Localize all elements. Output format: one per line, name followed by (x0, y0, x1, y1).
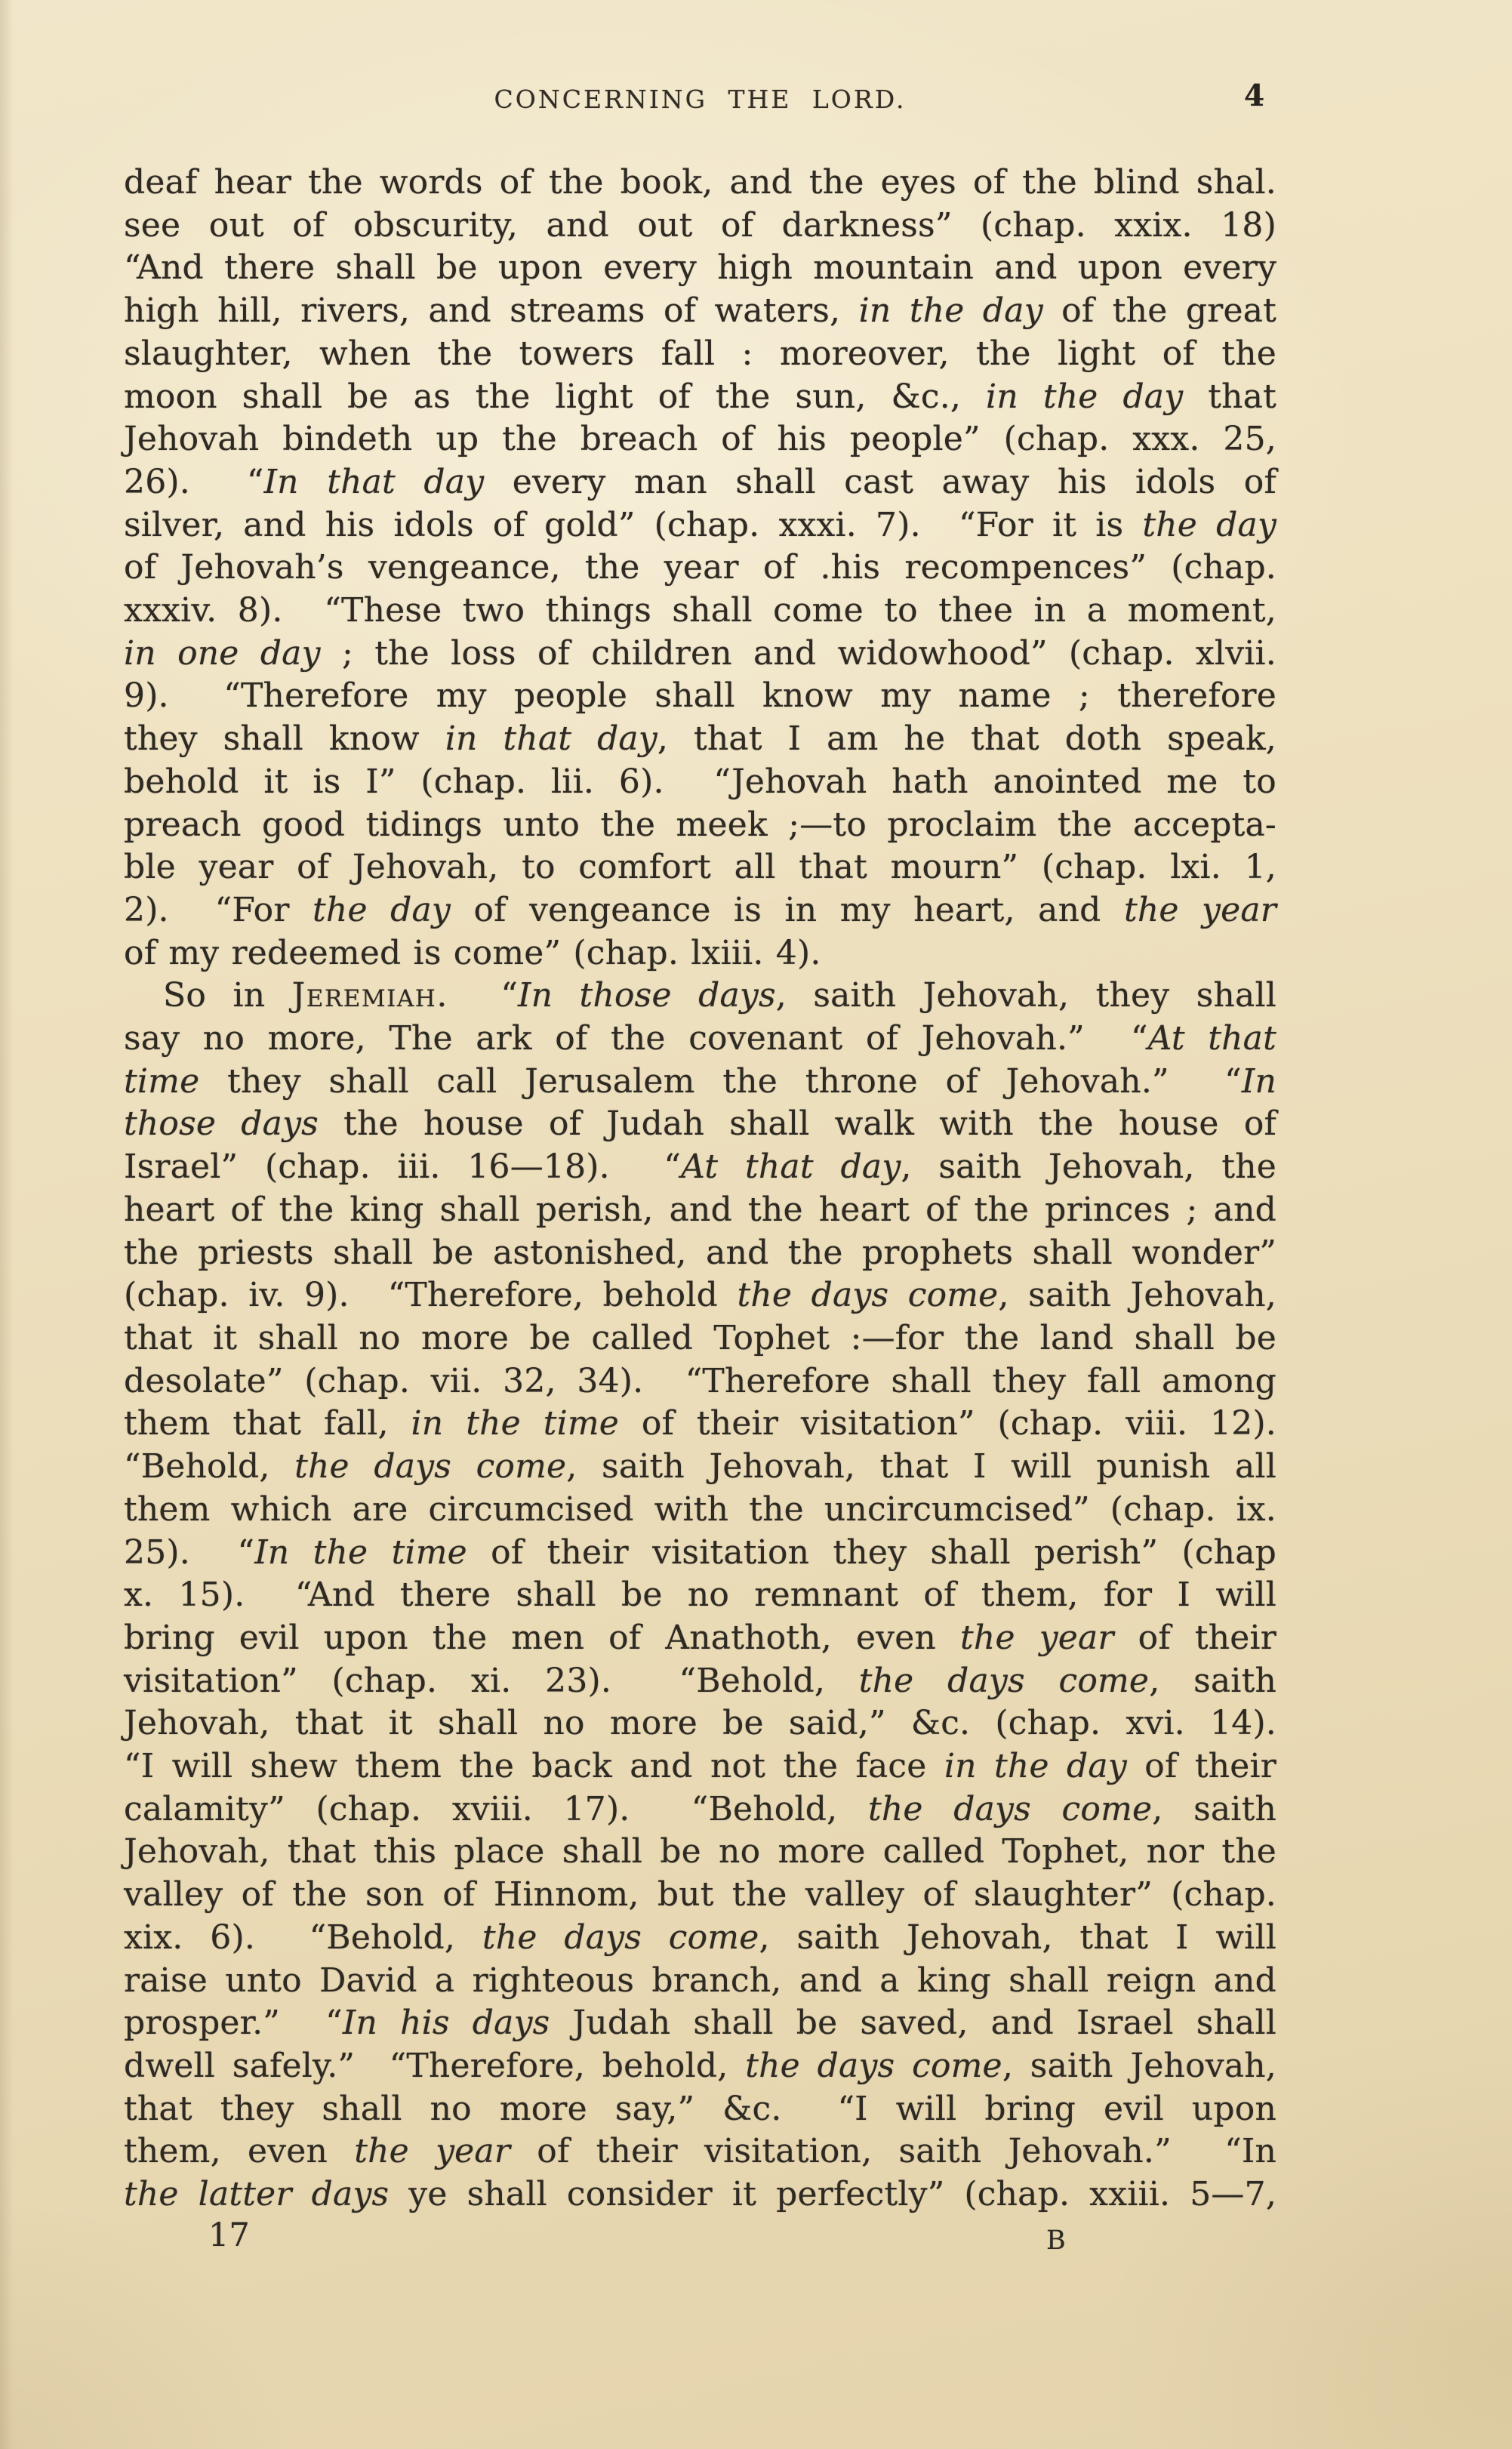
text-segment: they shall call Jerusalem the throne of … (199, 1062, 1242, 1101)
text-segment: moon shall be as the light of the sun, &… (124, 377, 986, 416)
text-segment: calamity” (chap. xviii. 17). “Behold, (124, 1790, 868, 1828)
scanned-book-page: CONCERNING THE LORD. 4 deaf hear the wor… (0, 0, 1512, 2449)
small-caps-name: Jeremiah (292, 976, 437, 1015)
text-segment: of Jehovah’s vengeance, the year of .his… (124, 548, 1276, 587)
text-line: ble year of Jehovah, to comfort all that… (124, 846, 1276, 889)
text-segment: Jehovah bindeth up the breach of his peo… (124, 420, 1276, 458)
text-line: silver, and his idols of gold” (chap. xx… (124, 504, 1276, 547)
text-segment: x. 15). “And there shall be no remnant o… (124, 1576, 1276, 1614)
text-line: Jehovah bindeth up the breach of his peo… (124, 418, 1276, 461)
italic-phrase: in the day (944, 1747, 1127, 1785)
text-segment: , that I am he that doth speak, (657, 719, 1276, 758)
text-segment: raise unto David a righteous branch, and… (124, 1961, 1276, 2000)
italic-phrase: At that (1148, 1019, 1276, 1058)
text-segment: Israel” (chap. iii. 16—18). “ (124, 1147, 681, 1186)
text-line: (chap. iv. 9). “Therefore, behold the da… (124, 1274, 1276, 1317)
text-segment: deaf hear the words of the book, and the… (124, 163, 1276, 202)
text-line: dwell safely.” “Therefore, behold, the d… (124, 2045, 1276, 2088)
italic-phrase: the days come (868, 1790, 1152, 1828)
italic-phrase: those days (124, 1104, 319, 1143)
text-segment: that (1183, 377, 1276, 416)
italic-phrase: the day (1142, 506, 1276, 544)
italic-phrase: the days come (294, 1447, 566, 1486)
text-line: 25). “In the time of their visitation th… (124, 1532, 1276, 1575)
text-segment: bring evil upon the men of Anathoth, eve… (124, 1619, 960, 1657)
italic-phrase: In those days (518, 976, 776, 1015)
text-line: those days the house of Judah shall walk… (124, 1103, 1276, 1146)
text-segment: preach good tidings unto the meek ;—to p… (124, 806, 1276, 844)
text-segment: “Behold, (124, 1447, 294, 1486)
text-segment: of their visitation” (chap. viii. 12). (619, 1404, 1276, 1443)
text-line: the priests shall be astonished, and the… (124, 1232, 1276, 1275)
text-segment: of their (1127, 1747, 1276, 1785)
text-line: the latter days ye shall consider it per… (124, 2173, 1276, 2216)
text-segment: of their visitation they shall perish” (… (467, 1533, 1276, 1572)
text-line: say no more, The ark of the covenant of … (124, 1018, 1276, 1061)
text-segment: visitation” (chap. xi. 23). “Behold, (124, 1662, 859, 1700)
text-segment: ye shall consider it perfectly” (chap. x… (389, 2175, 1276, 2213)
text-line: valley of the son of Hinnom, but the val… (124, 1874, 1276, 1917)
text-segment: of vengeance is in my heart, and (451, 891, 1124, 929)
text-segment: ; the loss of children and widowhood” (c… (321, 634, 1276, 673)
text-line: of my redeemed is come” (chap. lxiii. 4)… (124, 932, 1276, 975)
text-line: 26). “In that day every man shall cast a… (124, 461, 1276, 504)
text-segment: Jehovah, that it shall no more be said,”… (124, 1704, 1276, 1742)
italic-phrase: in the day (986, 377, 1183, 416)
text-segment: prosper.” “ (124, 2004, 343, 2042)
text-line: bring evil upon the men of Anathoth, eve… (124, 1617, 1276, 1660)
italic-phrase: the year (354, 2132, 510, 2170)
italic-phrase: At that day (681, 1147, 901, 1186)
italic-phrase: the year (960, 1619, 1114, 1657)
text-line: time they shall call Jerusalem the thron… (124, 1061, 1276, 1104)
text-segment: of their visitation, saith Jehovah.” “In (510, 2132, 1276, 2170)
body-text: deaf hear the words of the book, and the… (124, 162, 1276, 2216)
text-line: prosper.” “In his days Judah shall be sa… (124, 2002, 1276, 2045)
text-segment: , saith Jehovah, that I will (759, 1918, 1276, 1957)
italic-phrase: the days come (737, 1276, 998, 1314)
page-gutter-shadow (0, 0, 14, 2449)
text-segment: xxxiv. 8). “These two things shall come … (124, 591, 1276, 630)
text-segment: , saith Jehovah, (1002, 2047, 1276, 2085)
text-line: calamity” (chap. xviii. 17). “Behold, th… (124, 1788, 1276, 1831)
italic-phrase: In (1242, 1062, 1276, 1101)
text-segment: (chap. iv. 9). “Therefore, behold (124, 1276, 737, 1314)
italic-phrase: the year (1124, 891, 1276, 929)
text-segment: valley of the son of Hinnom, but the val… (124, 1875, 1276, 1914)
text-line: them which are circumcised with the unci… (124, 1489, 1276, 1532)
text-line: “I will shew them the back and not the f… (124, 1745, 1276, 1788)
text-segment: of the great (1043, 291, 1276, 330)
text-segment: , saith Jehovah, they shall (776, 976, 1276, 1015)
text-line: xxxiv. 8). “These two things shall come … (124, 590, 1276, 633)
text-segment: behold it is I” (chap. lii. 6). “Jehovah… (124, 762, 1276, 801)
italic-phrase: In his days (343, 2004, 550, 2042)
text-line: Jehovah, that it shall no more be said,”… (124, 1702, 1276, 1745)
text-segment: Jehovah, that this place shall be no mor… (124, 1832, 1276, 1871)
text-segment: the priests shall be astonished, and the… (124, 1234, 1276, 1272)
text-segment: slaughter, when the towers fall : moreov… (124, 334, 1276, 373)
text-line: raise unto David a righteous branch, and… (124, 1960, 1276, 2003)
text-line: behold it is I” (chap. lii. 6). “Jehovah… (124, 761, 1276, 804)
text-line: in one day ; the loss of children and wi… (124, 633, 1276, 676)
folio-number: 17 (208, 2216, 250, 2254)
text-line: 2). “For the day of vengeance is in my h… (124, 889, 1276, 932)
text-segment: 25). “ (124, 1533, 254, 1572)
text-segment: Judah shall be saved, and Israel shall (550, 2004, 1276, 2042)
text-segment: that it shall no more be called Tophet :… (124, 1319, 1276, 1357)
italic-phrase: in that day (445, 719, 657, 758)
text-segment: they shall know (124, 719, 445, 758)
text-segment: “I will shew them the back and not the f… (124, 1747, 944, 1785)
text-line: slaughter, when the towers fall : moreov… (124, 333, 1276, 376)
text-segment: them that fall, (124, 1404, 411, 1443)
italic-phrase: time (124, 1062, 199, 1101)
text-line: deaf hear the words of the book, and the… (124, 162, 1276, 205)
text-segment: . “ (436, 976, 518, 1015)
text-line: So in Jeremiah. “In those days, saith Je… (124, 975, 1276, 1018)
text-line: that they shall no more say,” &c. “I wil… (124, 2088, 1276, 2131)
text-line: “And there shall be upon every high moun… (124, 247, 1276, 290)
text-segment: them, even (124, 2132, 354, 2170)
text-segment: say no more, The ark of the covenant of … (124, 1019, 1148, 1058)
text-line: Jehovah, that this place shall be no mor… (124, 1831, 1276, 1874)
text-segment: the house of Judah shall walk with the h… (319, 1104, 1276, 1143)
text-segment: desolate” (chap. vii. 32, 34). “Therefor… (124, 1362, 1276, 1400)
text-line: visitation” (chap. xi. 23). “Behold, the… (124, 1660, 1276, 1703)
text-line: Israel” (chap. iii. 16—18). “At that day… (124, 1146, 1276, 1189)
text-line: them that fall, in the time of their vis… (124, 1403, 1276, 1446)
text-line: heart of the king shall perish, and the … (124, 1189, 1276, 1232)
text-segment: heart of the king shall perish, and the … (124, 1191, 1276, 1229)
text-segment: , saith (1152, 1790, 1276, 1828)
text-segment: that they shall no more say,” &c. “I wil… (124, 2090, 1276, 2128)
text-segment: , saith Jehovah, the (901, 1147, 1276, 1186)
text-segment: them which are circumcised with the unci… (124, 1490, 1276, 1529)
italic-phrase: in the day (859, 291, 1043, 330)
text-segment: , saith (1149, 1662, 1276, 1700)
text-line: of Jehovah’s vengeance, the year of .his… (124, 547, 1276, 590)
text-segment: “And there shall be upon every high moun… (124, 248, 1276, 287)
text-segment: So in (163, 976, 292, 1015)
text-line: them, even the year of their visitation,… (124, 2130, 1276, 2173)
text-line: preach good tidings unto the meek ;—to p… (124, 804, 1276, 847)
text-line: they shall know in that day, that I am h… (124, 718, 1276, 761)
text-segment: high hill, rivers, and streams of waters… (124, 291, 859, 330)
text-segment: of my redeemed is come” (chap. lxiii. 4)… (124, 934, 821, 972)
text-line: desolate” (chap. vii. 32, 34). “Therefor… (124, 1360, 1276, 1403)
italic-phrase: in one day (124, 634, 321, 673)
text-line: xix. 6). “Behold, the days come, saith J… (124, 1917, 1276, 1960)
italic-phrase: in the time (411, 1404, 620, 1443)
text-segment: ble year of Jehovah, to comfort all that… (124, 848, 1276, 886)
italic-phrase: In the time (254, 1533, 467, 1572)
italic-phrase: the days come (745, 2047, 1002, 2085)
running-title: CONCERNING THE LORD. (124, 85, 1276, 114)
text-line: that it shall no more be called Tophet :… (124, 1317, 1276, 1360)
text-segment: see out of obscurity, and out of darknes… (124, 206, 1276, 245)
italic-phrase: the day (313, 891, 451, 929)
text-segment: xix. 6). “Behold, (124, 1918, 482, 1957)
text-segment: dwell safely.” “Therefore, behold, (124, 2047, 745, 2085)
text-line: “Behold, the days come, saith Jehovah, t… (124, 1446, 1276, 1489)
text-line: see out of obscurity, and out of darknes… (124, 205, 1276, 248)
text-segment: of their (1114, 1619, 1276, 1657)
signature-mark: B (1046, 2226, 1066, 2256)
text-segment: 9). “Therefore my people shall know my n… (124, 676, 1276, 715)
italic-phrase: the days come (482, 1918, 759, 1957)
text-segment: , saith Jehovah, that I will punish all (566, 1447, 1276, 1486)
text-line: x. 15). “And there shall be no remnant o… (124, 1574, 1276, 1617)
text-segment: 26). “ (124, 463, 264, 501)
text-segment: every man shall cast away his idols of (484, 463, 1276, 501)
text-line: high hill, rivers, and streams of waters… (124, 290, 1276, 333)
italic-phrase: In that day (264, 463, 485, 501)
text-segment: , saith Jehovah, (998, 1276, 1276, 1314)
page-number: 4 (1244, 79, 1289, 113)
text-segment: silver, and his idols of gold” (chap. xx… (124, 506, 1142, 544)
text-line: moon shall be as the light of the sun, &… (124, 376, 1276, 419)
text-line: 9). “Therefore my people shall know my n… (124, 675, 1276, 718)
italic-phrase: the latter days (124, 2175, 389, 2213)
text-segment: 2). “For (124, 891, 313, 929)
italic-phrase: the days come (859, 1662, 1149, 1700)
